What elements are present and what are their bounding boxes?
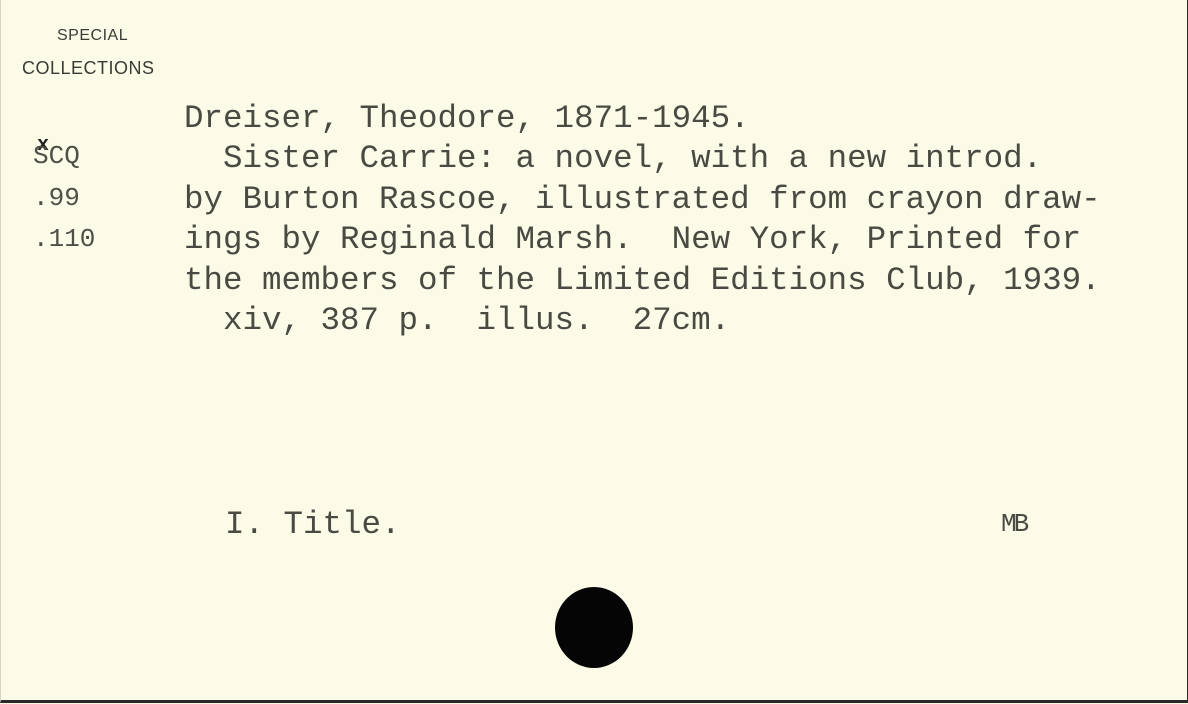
special-collections-stamp-line1: Special xyxy=(57,19,128,46)
special-collections-stamp-line2: Collections xyxy=(22,52,155,81)
collation-line: xiv, 387 p. illus. 27cm. xyxy=(184,305,730,338)
holding-library-symbol: MB xyxy=(1001,511,1026,537)
call-number-line-1: SCQ xyxy=(33,143,80,169)
title-statement: Sister Carrie: a novel, with a new intro… xyxy=(184,143,1042,176)
call-number-line-2: .99 xyxy=(33,185,80,211)
catalog-card: Special Collections x SCQ .99 .110 Dreis… xyxy=(0,0,1188,703)
main-entry-heading: Dreiser, Theodore, 1871-1945. xyxy=(184,103,750,136)
card-punch-hole xyxy=(555,587,633,668)
description-line-3: ings by Reginald Marsh. New York, Printe… xyxy=(184,224,1081,257)
imprint-line: the members of the Limited Editions Club… xyxy=(184,265,1101,298)
description-line-2: by Burton Rascoe, illustrated from crayo… xyxy=(184,184,1101,217)
call-number-line-3: .110 xyxy=(33,226,95,252)
tracing: I. Title. xyxy=(225,509,401,542)
